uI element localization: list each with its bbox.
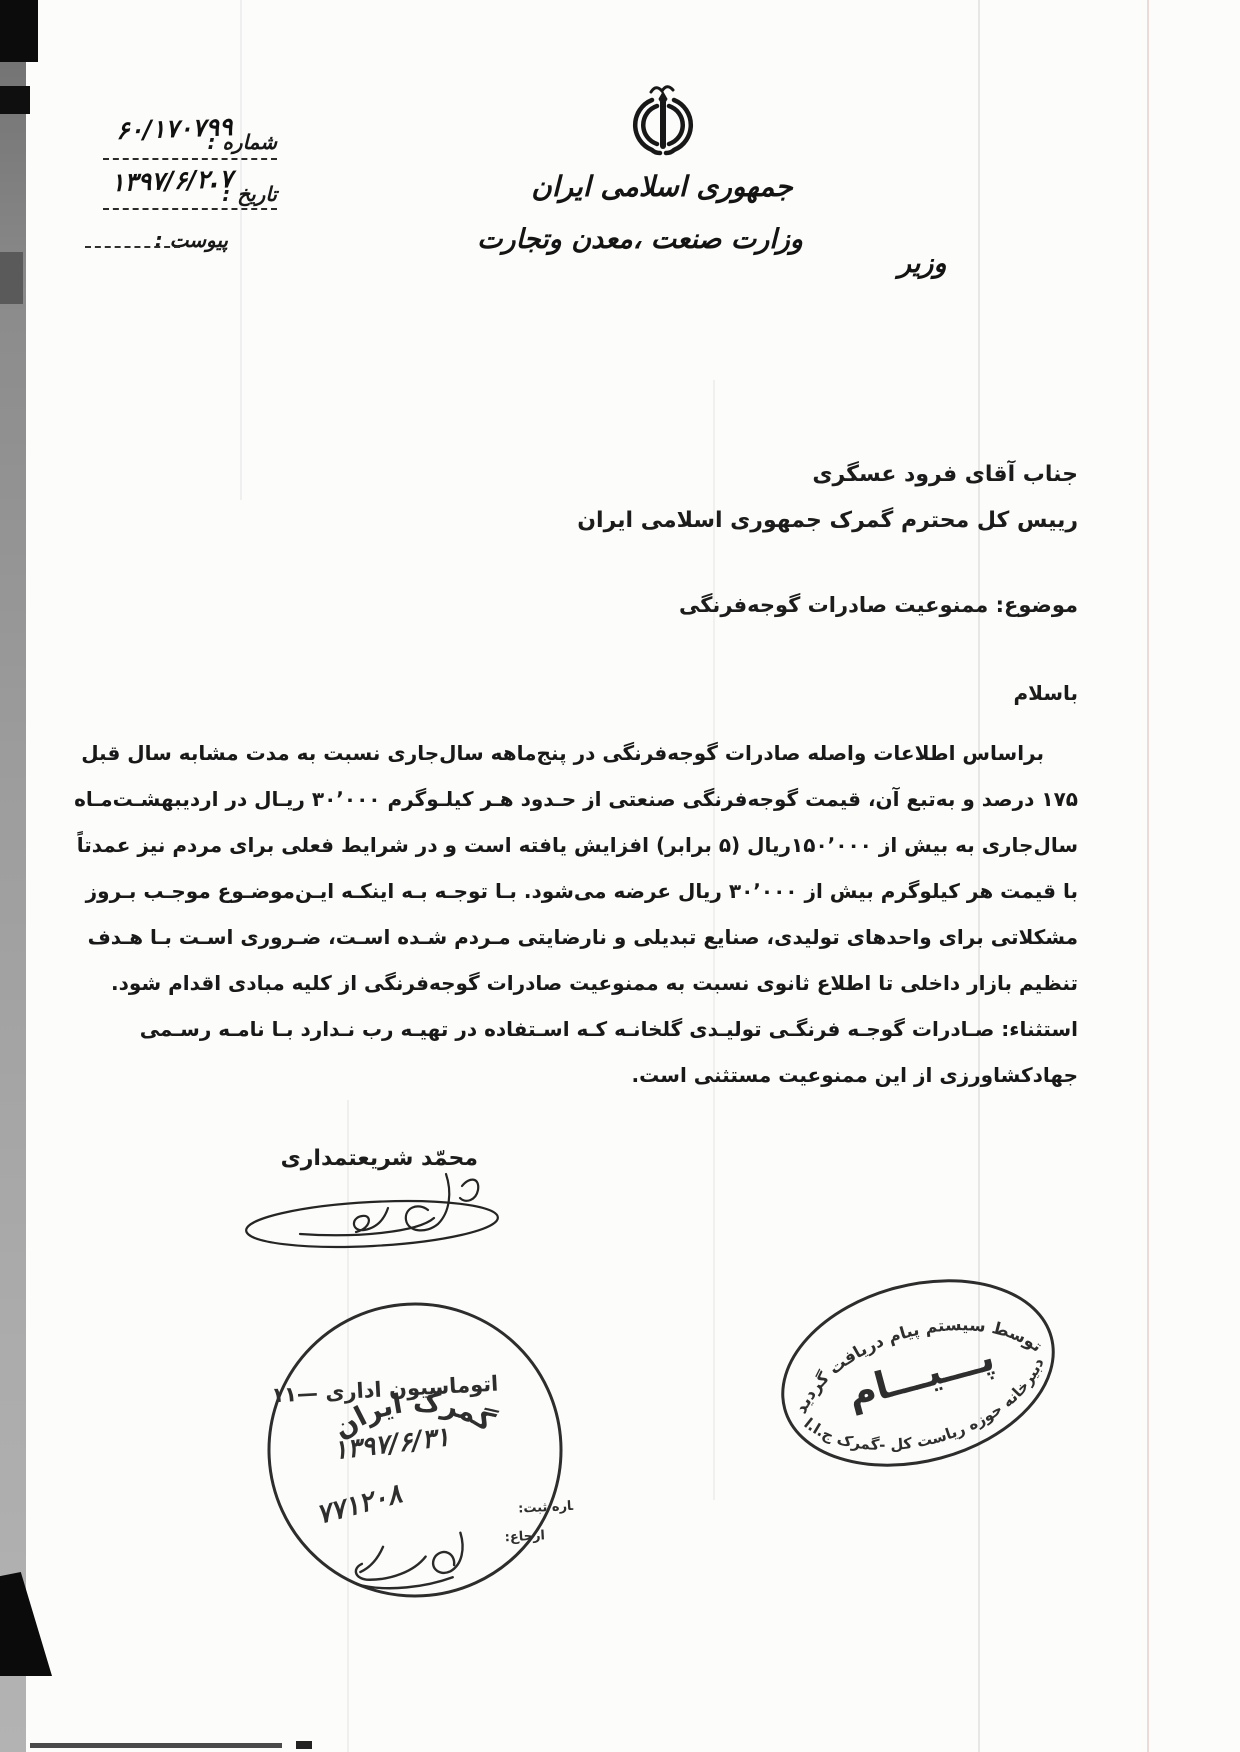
- body-line: جهادکشاورزی از این ممنوعیت مستثنی است.: [166, 1052, 1078, 1098]
- body-line: استثناء: صـادرات گوجـه فرنگـی تولیـدی گل…: [166, 1006, 1078, 1052]
- referral-scribble: [354, 1533, 464, 1591]
- body-line: ۱۷۵ درصد و به‌تبع آن، قیمت گوجه‌فرنگی صن…: [166, 776, 1078, 822]
- letter-number-value: ۶۰/۱۷۰۷۹۹: [116, 112, 234, 145]
- scan-fold-line: [240, 0, 242, 500]
- scanned-letter-page: شماره : ۶۰/۱۷۰۷۹۹ تاریخ : ۱۳۹۷/۶/۲.۷ پیو…: [0, 0, 1240, 1752]
- body-line: با قیمت هر کیلوگرم بیش از ۳۰٬۰۰۰ ریال عر…: [166, 868, 1078, 914]
- scan-fold-line: [1147, 0, 1149, 1752]
- scan-corner-mark-top: [0, 0, 38, 62]
- scan-edge-mark-2: [0, 252, 23, 304]
- letterhead-country: جمهوری اسلامی ایران: [512, 170, 812, 203]
- salutation: باسلام: [1013, 681, 1078, 705]
- recipient-title: رییس کل محترم گمرک جمهوری اسلامی ایران: [577, 508, 1078, 533]
- recipient-name: جناب آقای فرود عسگری: [812, 462, 1078, 487]
- iran-coat-of-arms-icon: [630, 82, 696, 166]
- scan-bottom-dot: [296, 1741, 312, 1749]
- letterhead-ministry: وزارت صنعت ،معدن وتجارت: [450, 224, 830, 255]
- payam-stamp: توسط سیستم پیام دریافت گردید پـــیـــام …: [746, 1233, 1090, 1513]
- customs-stamp: گمرک ایران اتوماسیون اداری —۱۱ ۱۳۹۷/۶/۳۱…: [252, 1287, 578, 1613]
- number-underline: [103, 158, 277, 160]
- customs-stamp-reg-label: شماره ثبت:: [518, 1498, 578, 1517]
- body-line: سال‌جاری به بیش از ۱۵۰٬۰۰۰ریال (۵ برابر)…: [166, 822, 1078, 868]
- body-line: تنظیم بازار داخلی تا اطلاع ثانوی نسبت به…: [166, 960, 1078, 1006]
- subject-line: موضوع: ممنوعیت صادرات گوجه‌فرنگی: [679, 593, 1078, 617]
- attachment-label: پیوست :: [155, 228, 228, 252]
- scan-edge-mark-1: [0, 86, 30, 114]
- signer-role: وزیر: [898, 248, 947, 279]
- scan-corner-mark-bottom: [0, 1572, 52, 1676]
- signature-scribble: [238, 1168, 510, 1268]
- body-line: براساس اطلاعات واصله صادرات گوجه‌فرنگی د…: [166, 730, 1078, 776]
- letter-date-value: ۱۳۹۷/۶/۲.۷: [111, 164, 234, 197]
- date-underline: [103, 208, 277, 210]
- body-line: مشکلاتی برای واحدهای تولیدی، صنایع تبدیل…: [166, 914, 1078, 960]
- scan-bottom-line: [30, 1743, 282, 1748]
- attachment-dash-line: [85, 246, 180, 248]
- customs-stamp-number: ۷۷۱۲۰۸: [313, 1478, 406, 1531]
- letter-body: براساس اطلاعات واصله صادرات گوجه‌فرنگی د…: [166, 730, 1078, 1098]
- customs-stamp-ref-label: ارجاع:: [504, 1528, 545, 1545]
